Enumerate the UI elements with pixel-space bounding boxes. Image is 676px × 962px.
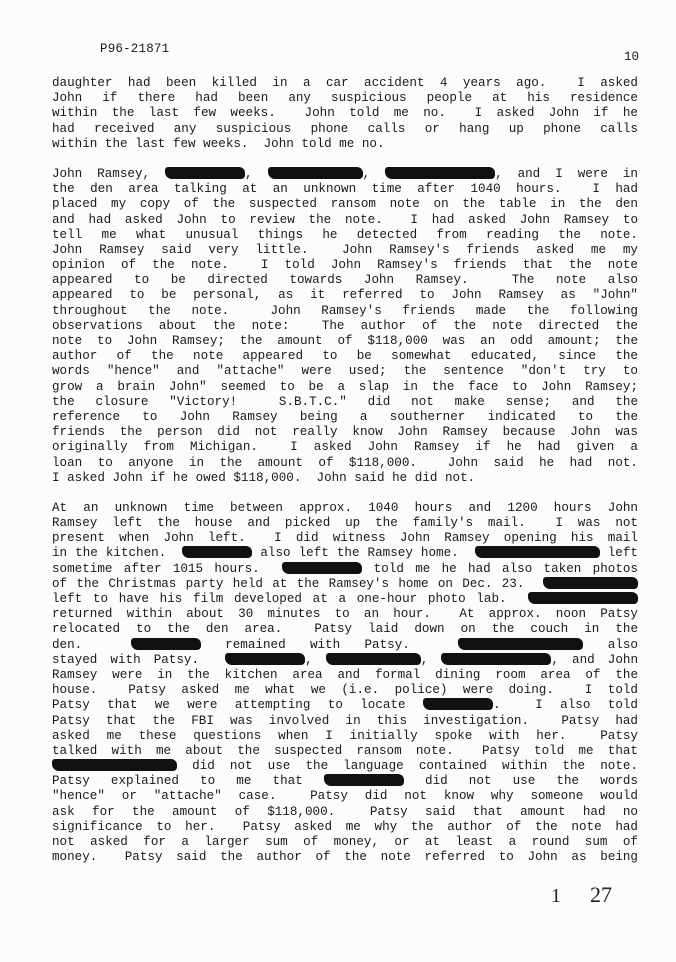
text-line: house. Patsy asked me what we (i.e. poli…	[52, 683, 638, 698]
redaction-bar	[165, 167, 245, 179]
text-line: note to John Ramsey; the amount of $118,…	[52, 334, 638, 349]
text-line: words "hence" and "attache" were used; t…	[52, 364, 638, 379]
text-line: sometime after 1015 hours. told me he ha…	[52, 562, 638, 577]
redaction-bar	[225, 653, 305, 665]
page-number: 10	[624, 50, 639, 64]
redaction-bar	[52, 759, 177, 771]
text-line: den. remained with Patsy. also	[52, 638, 638, 653]
text-line: relocated to the den area. Patsy laid do…	[52, 622, 638, 637]
text-line: opinion of the note. I told John Ramsey'…	[52, 258, 638, 273]
document-page: P96-21871 10 daughter had been killed in…	[0, 0, 676, 962]
redaction-bar	[385, 167, 495, 179]
text-line: ask for the amount of $118,000. Patsy sa…	[52, 805, 638, 820]
case-number: P96-21871	[100, 42, 169, 56]
redaction-bar	[458, 638, 583, 650]
text-line: and had asked John to review the note. I…	[52, 213, 638, 228]
text-line: asked me these questions when I initiall…	[52, 729, 638, 744]
text-line: money. Patsy said the author of the note…	[52, 850, 638, 865]
bates-stamp-prefix: 1	[551, 885, 561, 908]
paragraph: At an unknown time between approx. 1040 …	[52, 501, 638, 866]
text-line: the den area talking at an unknown time …	[52, 182, 638, 197]
text-line: Patsy explained to me that did not use t…	[52, 774, 638, 789]
redaction-bar	[182, 546, 252, 558]
text-line: stayed with Patsy. , , , and John	[52, 653, 638, 668]
text-line: significance to her. Patsy asked me why …	[52, 820, 638, 835]
text-line: Patsy that the FBI was involved in this …	[52, 714, 638, 729]
text-line: not asked for a larger sum of money, or …	[52, 835, 638, 850]
text-line: "hence" or "attache" case. Patsy did not…	[52, 789, 638, 804]
text-line: Patsy that we were attempting to locate …	[52, 698, 638, 713]
redaction-bar	[326, 653, 421, 665]
text-line: the closure "Victory! S.B.T.C." did not …	[52, 395, 638, 410]
text-line: I asked John if he owed $118,000. John s…	[52, 471, 638, 486]
text-line: Ramsey were in the kitchen area and form…	[52, 668, 638, 683]
text-line: talked with me about the suspected ranso…	[52, 744, 638, 759]
text-line: placed my copy of the suspected ransom n…	[52, 197, 638, 212]
paragraph: John Ramsey, , , , and I were inthe den …	[52, 167, 638, 486]
redaction-bar	[528, 592, 638, 604]
text-line: reference to John Ramsey being a souther…	[52, 410, 638, 425]
redaction-bar	[441, 653, 551, 665]
text-line: Ramsey left the house and picked up the …	[52, 516, 638, 531]
text-line: of the Christmas party held at the Ramse…	[52, 577, 638, 592]
redaction-bar	[423, 698, 493, 710]
redaction-bar	[282, 562, 362, 574]
text-line: John Ramsey said very little. John Ramse…	[52, 243, 638, 258]
redaction-bar	[131, 638, 201, 650]
paragraph: daughter had been killed in a car accide…	[52, 76, 638, 152]
text-line: in the kitchen. also left the Ramsey hom…	[52, 546, 638, 561]
text-line: loan to anyone in the amount of $118,000…	[52, 456, 638, 471]
text-line: grow a brain John" seemed to be a slap i…	[52, 380, 638, 395]
text-line: left to have his film developed at a one…	[52, 592, 638, 607]
text-line: within the last few weeks. John told me …	[52, 137, 638, 152]
text-line: friends the person did not really know J…	[52, 425, 638, 440]
text-line: appeared to be directed towards John Ram…	[52, 273, 638, 288]
text-line: within the last few weeks. John told me …	[52, 106, 638, 121]
redaction-bar	[324, 774, 404, 786]
redaction-bar	[543, 577, 638, 589]
text-line: John if there had been any suspicious pe…	[52, 91, 638, 106]
text-line: had received any suspicious phone calls …	[52, 122, 638, 137]
text-line: author of the note appeared to be somewh…	[52, 349, 638, 364]
text-line: At an unknown time between approx. 1040 …	[52, 501, 638, 516]
text-line: returned within about 30 minutes to an h…	[52, 607, 638, 622]
text-line: John Ramsey, , , , and I were in	[52, 167, 638, 182]
text-line: did not use the language contained withi…	[52, 759, 638, 774]
text-line: observations about the note: The author …	[52, 319, 638, 334]
text-line: present when John left. I did witness Jo…	[52, 531, 638, 546]
text-line: originally from Michigan. I asked John R…	[52, 440, 638, 455]
text-line: daughter had been killed in a car accide…	[52, 76, 638, 91]
bates-stamp-number: 27	[590, 882, 612, 908]
text-line: appeared to be personal, as it referred …	[52, 288, 638, 303]
report-body: daughter had been killed in a car accide…	[52, 76, 638, 880]
text-line: tell me what unusual things he detected …	[52, 228, 638, 243]
text-line: throughout the note. John Ramsey's frien…	[52, 304, 638, 319]
redaction-bar	[268, 167, 363, 179]
redaction-bar	[475, 546, 600, 558]
